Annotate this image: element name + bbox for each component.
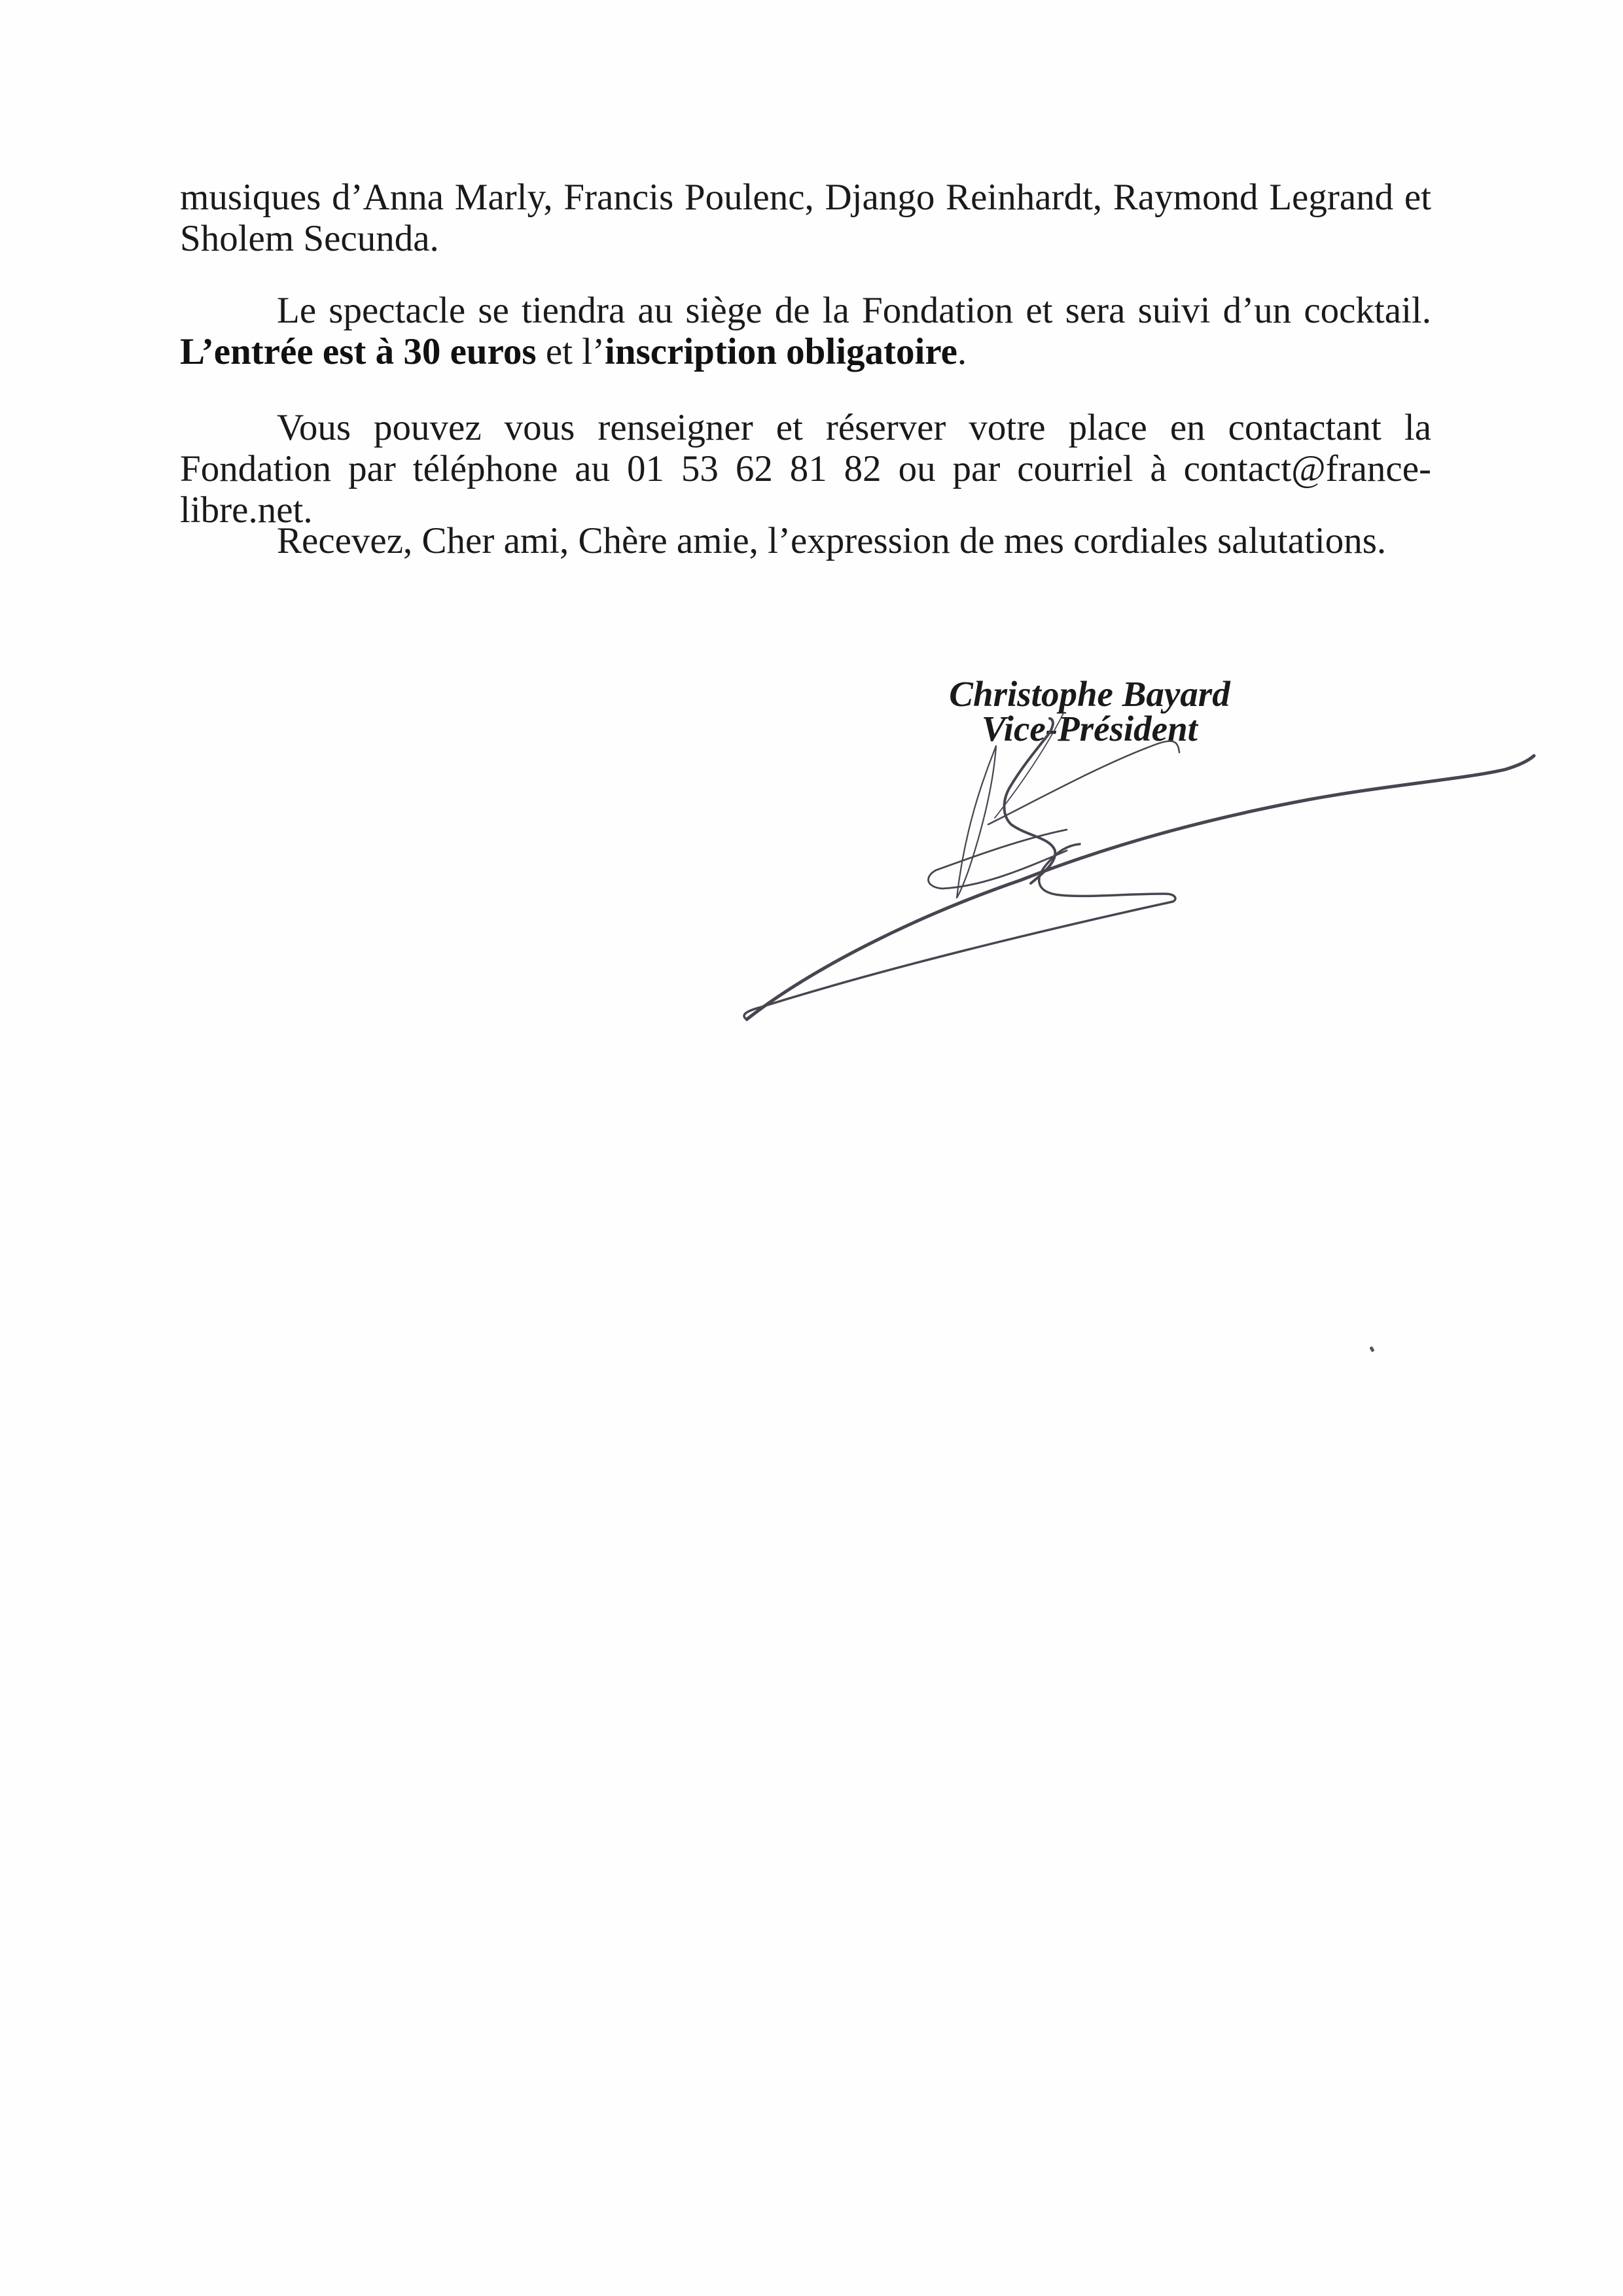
connector-text: et l’ (537, 331, 605, 372)
entry-price-text: L’entrée est à 30 euros (180, 331, 537, 372)
signatory-name: Christophe Bayard (916, 677, 1263, 711)
event-location-text: Le spectacle se tiendra au siège de la F… (277, 290, 1431, 331)
paragraph-musicians: musiques d’Anna Marly, Francis Poulenc, … (180, 177, 1431, 259)
paragraph-closing-salutation: Recevez, Cher ami, Chère amie, l’express… (180, 520, 1431, 561)
period-text: . (957, 331, 967, 372)
registration-required-text: inscription obligatoire (605, 331, 957, 372)
scan-speck (1369, 1346, 1374, 1352)
paragraph-contact-info: Vous pouvez vous renseigner et réserver … (180, 407, 1431, 531)
signatory-title: Vice-Président (916, 712, 1263, 746)
letter-page: musiques d’Anna Marly, Francis Poulenc, … (0, 0, 1623, 2296)
paragraph-event-details: Le spectacle se tiendra au siège de la F… (180, 290, 1431, 372)
